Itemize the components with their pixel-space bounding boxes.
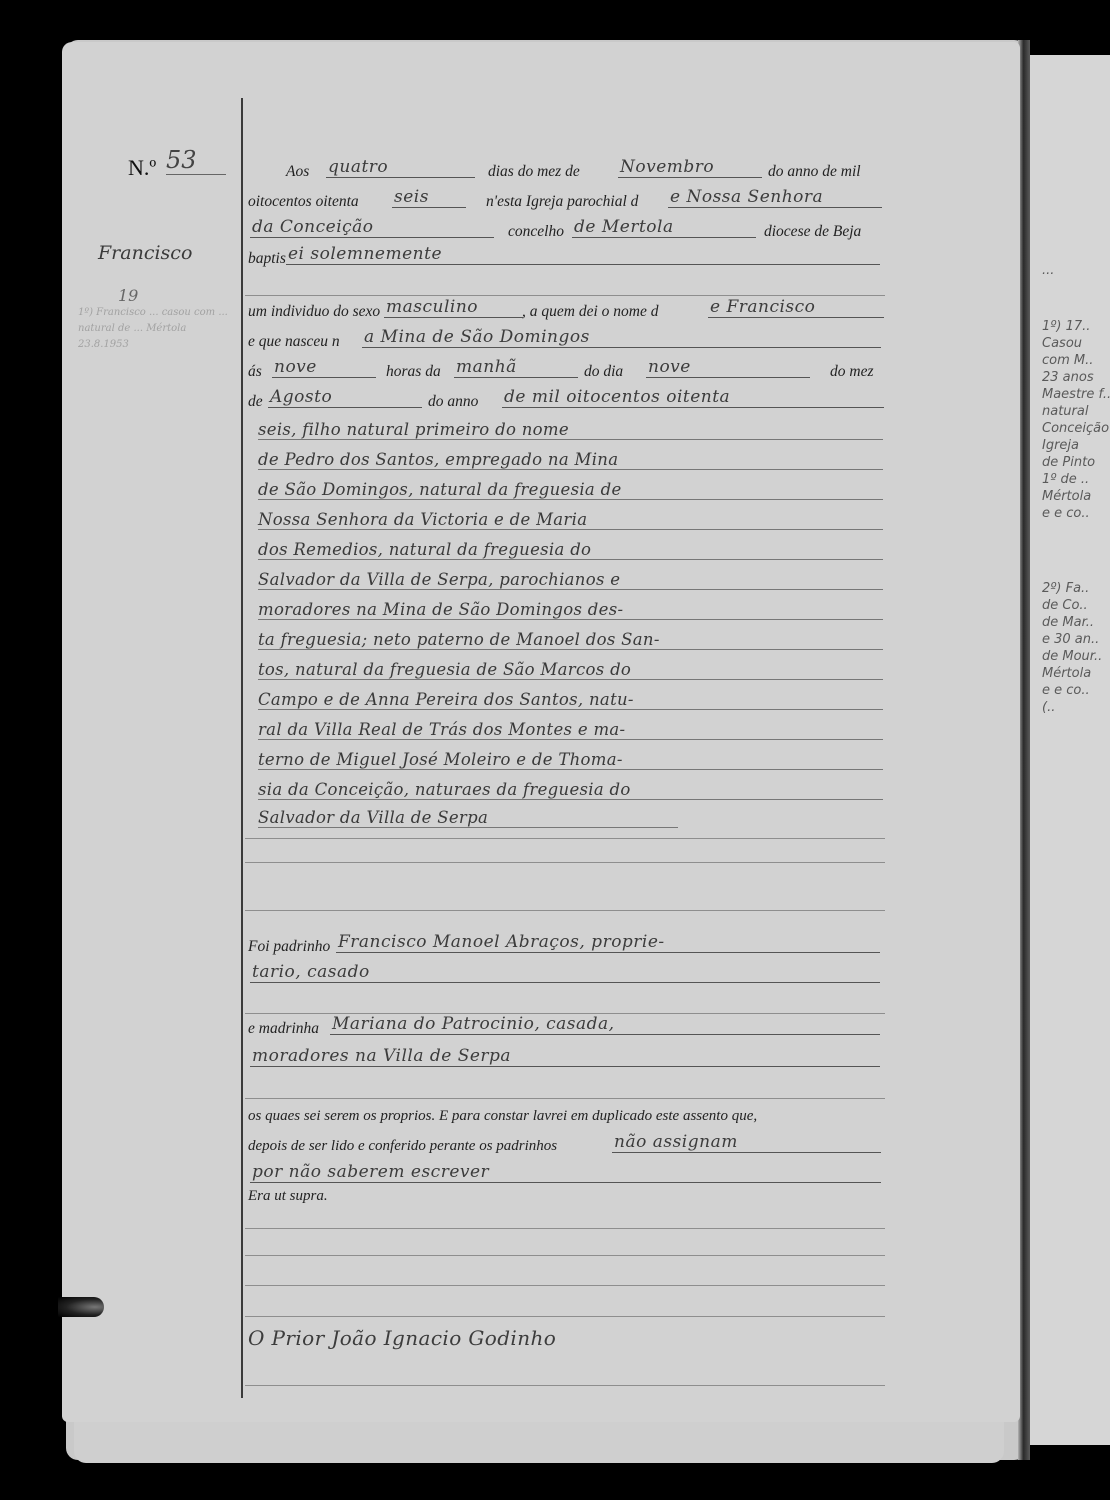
margin-number: 19 [118, 286, 138, 305]
ruled-line [245, 862, 885, 863]
baptized-manner: ei solemnemente [286, 244, 880, 265]
printed-text: oitocentos oitenta [248, 193, 359, 211]
record-number: 53 [166, 146, 226, 175]
lower-page-edge-2 [84, 1420, 989, 1451]
parents-text-line: Campo e de Anna Pereira dos Santos, natu… [258, 690, 883, 710]
right-page-note-2: 2º) Fa.. de Co.. de Mar.. e 30 an.. de M… [1042, 580, 1102, 716]
parents-text-line: sia da Conceição, naturaes da freguesia … [258, 780, 883, 800]
printed-text: ás [248, 363, 262, 381]
godmother-name: Mariana do Patrocinio, casada, [330, 1014, 880, 1035]
printed-text: baptis [248, 250, 286, 268]
printed-text: um individuo do sexo [248, 303, 380, 321]
printed-text: e que nasceu n [248, 333, 340, 351]
ruled-line [245, 1255, 885, 1256]
margin-rule [241, 98, 243, 1398]
ruled-line [245, 1385, 885, 1386]
ruled-line [245, 1316, 885, 1317]
printed-text: de [248, 393, 263, 411]
signing-status: não assignam [612, 1132, 881, 1153]
parents-text-line: seis, filho natural primeiro do nome [258, 420, 883, 440]
parents-text-line: ta freguesia; neto paterno de Manoel dos… [258, 630, 883, 650]
printed-text: horas da [386, 363, 441, 381]
printed-text: do mez [830, 363, 873, 381]
margin-faded-note: 1º) Francisco ... casou com ... natural … [78, 305, 228, 353]
closing-text: depois de ser lido e conferido perante o… [248, 1138, 557, 1155]
baptism-month: Novembro [618, 157, 762, 178]
closing-text: os quaes sei serem os proprios. E para c… [248, 1108, 757, 1125]
birth-period: manhã [454, 357, 578, 378]
printed-text: dias do mez de [488, 163, 580, 181]
printed-text: diocese de Beja [764, 223, 861, 241]
birth-hour: nove [272, 357, 376, 378]
printed-text: do anno de mil [768, 163, 861, 181]
child-name: e Francisco [708, 297, 884, 318]
parents-text-line: moradores na Mina de São Domingos des- [258, 600, 883, 620]
parents-text-line: dos Remedios, natural da freguesia do [258, 540, 883, 560]
godmother-residence: moradores na Villa de Serpa [250, 1046, 880, 1067]
printed-text: concelho [508, 223, 564, 241]
child-sex: masculino [384, 297, 523, 318]
birth-day: nove [646, 357, 810, 378]
parents-text-line: ral da Villa Real de Trás dos Montes e m… [258, 720, 883, 740]
godfather-label: Foi padrinho [248, 938, 330, 956]
parents-text-line: Nossa Senhora da Victoria e de Maria [258, 510, 883, 530]
right-page-note-1: 1º) 17.. Casou com M.. 23 anos Maestre f… [1042, 318, 1110, 522]
ruled-line [245, 1285, 885, 1286]
parish-name-continued: da Conceição [250, 217, 494, 238]
godfather-name: Francisco Manoel Abraços, proprie- [336, 932, 880, 953]
signing-reason: por não saberem escrever [250, 1162, 881, 1183]
printed-text: do dia [584, 363, 623, 381]
ruled-line [245, 1098, 885, 1099]
birthplace: a Mina de São Domingos [362, 327, 881, 348]
godmother-label: e madrinha [248, 1020, 319, 1038]
baptism-year: seis [392, 187, 466, 208]
priest-signature: O Prior João Ignacio Godinho [248, 1326, 556, 1350]
ruled-line [245, 838, 885, 839]
printed-text: Aos [286, 163, 309, 181]
parents-text-line: Salvador da Villa de Serpa [258, 808, 678, 828]
parish-name: e Nossa Senhora [668, 187, 882, 208]
parents-text-line: terno de Miguel José Moleiro e de Thoma- [258, 750, 883, 770]
printed-text: , a quem dei o nome d [522, 303, 658, 321]
godfather-occupation: tario, casado [250, 962, 880, 983]
era-ut-supra: Era ut supra. [248, 1188, 328, 1205]
council-name: de Mertola [572, 217, 756, 238]
parents-text-line: de Pedro dos Santos, empregado na Mina [258, 450, 883, 470]
record-number-label: N.º [128, 155, 156, 181]
ruled-line [245, 910, 885, 911]
printed-text: n'esta Igreja parochial d [486, 193, 638, 211]
parents-text-line: de São Domingos, natural da freguesia de [258, 480, 883, 500]
birth-year: de mil oitocentos oitenta [502, 387, 884, 408]
birth-month: Agosto [268, 387, 422, 408]
ruled-line [245, 295, 885, 296]
baptism-day: quatro [326, 157, 475, 178]
right-page-fragment: ... [1042, 262, 1054, 279]
ruled-line [245, 1228, 885, 1229]
parents-text-line: tos, natural da freguesia de São Marcos … [258, 660, 883, 680]
parents-text-line: Salvador da Villa de Serpa, parochianos … [258, 570, 883, 590]
printed-text: do anno [428, 393, 478, 411]
binding-pin-icon [58, 1297, 104, 1317]
margin-baptized-name: Francisco [98, 242, 192, 264]
